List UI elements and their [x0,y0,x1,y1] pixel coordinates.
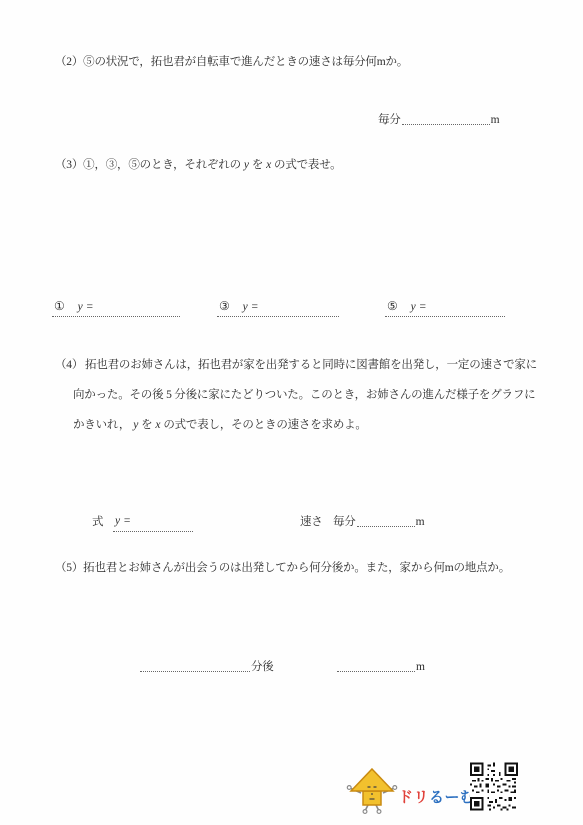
question-4-number: （4） [55,357,83,373]
question-3-text: ①，③，⑤のとき，それぞれの [83,159,241,171]
question-4-line3: かきいれ，yをxの式で表し，そのときの速さを求めよ。 [73,417,367,433]
variable-y: y [411,301,416,313]
label-equation: 式 [92,516,103,528]
answer-blank-q2: 毎分m [378,112,499,128]
question-2: （2）⑤の状況で，拓也君が自転車で進んだときの速さは毎分何mか。 [55,54,408,70]
yellow-house-mascot-graphic [346,766,398,814]
variable-x: x [266,159,271,171]
variable-y: y [78,301,83,313]
question-4-text2: 向かった。その後 5 分後に家にたどりついた。このとき，お姉さんの進んだ様子をグ… [73,389,535,401]
q4-speed-label: 速さ [300,514,323,530]
answer-blank-q4-equation: y= [113,514,193,532]
question-5: （5）拓也君とお姉さんが出会うのは出発してから何分後か。また，家から何mの地点か… [55,560,510,576]
answer-q4-speed-prefix: 毎分 [333,516,356,528]
circled-1: ① [54,299,65,313]
question-4-line1: 拓也君のお姉さんは，拓也君が家を出発すると同時に図書館を出発し，一定の速さで家に [85,357,537,373]
answer-blank-q3-5: ⑤y= [385,299,505,317]
variable-x: x [155,419,160,431]
question-4-text1: 拓也君のお姉さんは，拓也君が家を出発すると同時に図書館を出発し，一定の速さで家に [85,359,537,371]
answer-q2-unit: m [491,114,500,126]
brand-text-red: ドリ [398,789,429,806]
variable-y: y [244,159,249,171]
question-4-text3b: を [141,419,152,431]
question-4-text3c: の式で表し，そのときの速さを求めよ。 [163,419,366,431]
question-2-number: （2） [55,56,83,68]
dotted-line [337,661,415,672]
answer-blank-q4-speed: 毎分m [333,514,424,530]
question-3-number: （3） [55,159,83,171]
answer-q5-meters-unit: m [416,661,425,673]
question-3-text3: の式で表せ。 [274,159,341,171]
equals-sign: = [124,515,130,527]
equals-sign: = [251,301,257,313]
question-2-text: ⑤の状況で，拓也君が自転車で進んだときの速さは毎分何mか。 [83,56,408,68]
equals-sign: = [86,301,92,313]
label-speed: 速さ [300,516,323,528]
dotted-line [357,516,415,527]
brand-logo-text: ドリるーむ [398,789,476,807]
answer-blank-q3-3: ③y= [217,299,339,317]
variable-y: y [243,301,248,313]
question-5-text: 拓也君とお姉さんが出会うのは出発してから何分後か。また，家から何mの地点か。 [83,562,510,574]
mascot-icon [346,766,398,814]
answer-q4-speed-unit: m [416,516,425,528]
question-5-number: （5） [55,562,83,574]
equals-sign: = [419,301,425,313]
qr-code [470,761,518,812]
variable-y: y [133,419,138,431]
qr-code-graphic [470,761,518,812]
answer-blank-q5-minutes: 分後 [140,659,274,675]
question-3-text2: を [252,159,263,171]
question-4-line2: 向かった。その後 5 分後に家にたどりついた。このとき，お姉さんの進んだ様子をグ… [73,387,535,403]
question-3: （3）①，③，⑤のとき，それぞれのyをxの式で表せ。 [55,157,342,173]
answer-q2-prefix: 毎分 [378,114,401,126]
dotted-line [140,661,250,672]
answer-q5-minutes-unit: 分後 [251,661,274,673]
brand-text-blue: るーむ [429,789,476,806]
question-4-text3a: かきいれ， [73,419,130,431]
question-4-label: （4） [55,359,83,371]
circled-5: ⑤ [387,299,398,313]
q4-equation-label: 式 [92,514,103,530]
variable-y: y [115,515,120,527]
dotted-line [402,114,490,125]
circled-3: ③ [219,299,230,313]
answer-blank-q3-1: ①y= [52,299,180,317]
answer-blank-q5-meters: m [337,659,425,675]
worksheet-page: （2）⑤の状況で，拓也君が自転車で進んだときの速さは毎分何mか。 毎分m （3）… [0,0,583,825]
